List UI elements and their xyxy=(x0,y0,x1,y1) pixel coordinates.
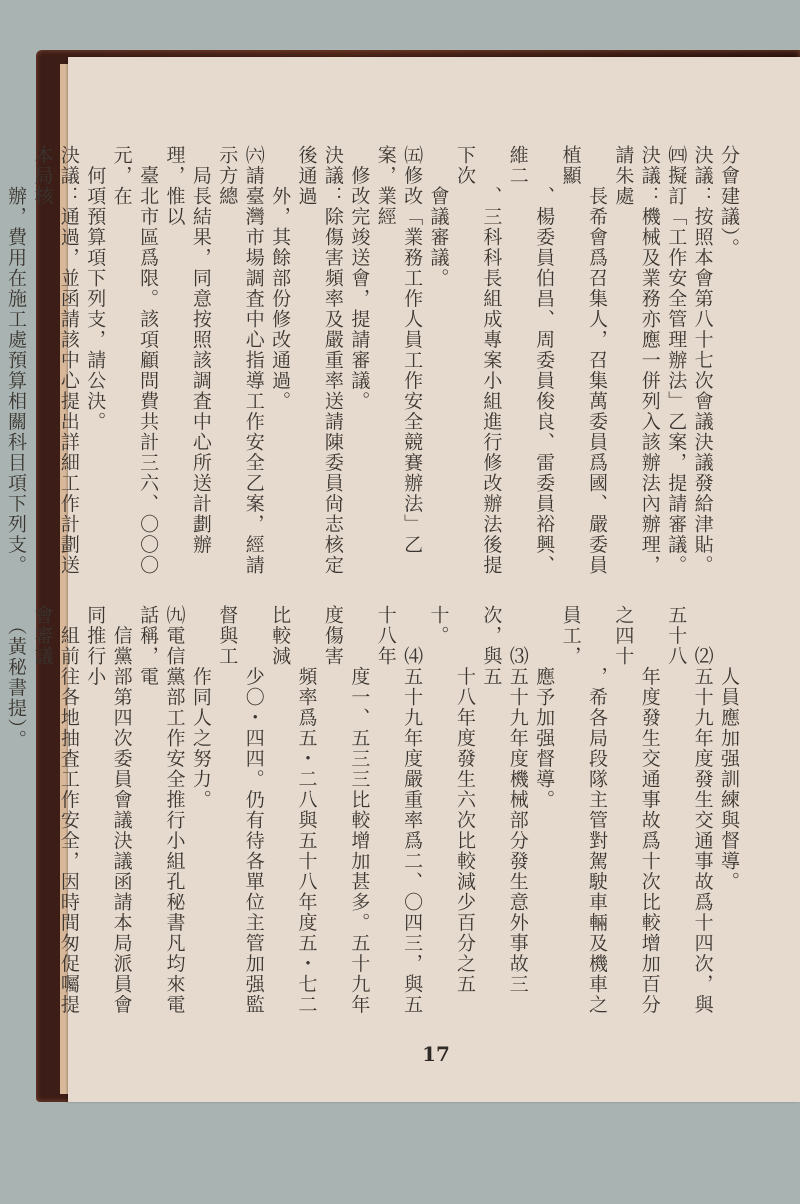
text-column: 、三科科長組成專案小組進行修改辦法後提下次 xyxy=(452,145,505,585)
text-column: 頻率爲五・二八與五十八年度五・七二比較減 xyxy=(267,605,320,1025)
text-column: ⑵五十九年度發生交通事故爲十四次，與五十八 xyxy=(663,605,716,1025)
text-column: 年度發生交通事故爲十次比較增加百分之四十 xyxy=(610,605,663,1025)
document-page: 分會建議）。決議：按照本會第八十七次會議決議發給津貼。㈣擬訂「工作安全管理辦法」… xyxy=(68,57,800,1102)
text-column: ，希各局段隊主管對駕駛車輛及機車之員工， xyxy=(557,605,610,1025)
text-column: ㈦五十九年度機械、線路工作安全競賽應如何核奬請公 xyxy=(0,145,3,585)
minutes-bottom-section: 人員應加强訓練與督導。 ⑵五十九年度發生交通事故爲十四次，與五十八 年度發生交通… xyxy=(0,605,742,1025)
text-column: 、楊委員伯昌、周委員俊良、雷委員裕興、維二 xyxy=(504,145,557,585)
text-column: ㈣擬訂「工作安全管理辦法」乙案，提請審議。 xyxy=(663,145,689,585)
text-column: 臺北市區爲限。該項顧問費共計三六、〇〇〇元，在 xyxy=(108,145,161,585)
text-column: 信黨部第四次委員會議決議函請本局派員會同推行小 xyxy=(82,605,135,1025)
text-column: 決議：機械及業務亦應一併列入該辦法內辦理，請朱處 xyxy=(610,145,663,585)
text-column: ⑷五十九年度嚴重率爲二、〇四三，與五十八年 xyxy=(372,605,425,1025)
text-column: 局長結果，同意按照該調査中心所送計劃辦理，惟以 xyxy=(161,145,214,585)
text-column: 外，其餘部份修改通過。 xyxy=(267,145,293,585)
text-column: 何項預算項下列支，請公決。 xyxy=(82,145,108,585)
text-column: 決議：按照本會第八十七次會議決議發給津貼。 xyxy=(689,145,715,585)
text-column: 決議：通過，並函請該中心提出詳細工作計劃送本局核 xyxy=(29,145,82,585)
text-column: 作同人之努力。 xyxy=(187,605,213,1025)
text-column: 會議審議。 xyxy=(425,145,451,585)
text-column: 少〇・四四。仍有待各單位主管加强監督與工 xyxy=(214,605,267,1025)
text-column: 修改完竣送會，提請審議。 xyxy=(346,145,372,585)
text-column: 決議：通過，俟電信黨部來函後再行派員會同辦理。 xyxy=(0,605,3,1025)
text-column: （黃秘書提）。 xyxy=(3,605,29,1025)
text-column: 組前往各地抽査工作安全，因時間匆促囑提會審議 xyxy=(29,605,82,1025)
text-column: ⑶五十九年度機械部分發生意外事故三次，與五 xyxy=(478,605,531,1025)
text-column: ㈥請臺灣市場調査中心指導工作安全乙案，經請示方總 xyxy=(214,145,267,585)
text-column: 人員應加强訓練與督導。 xyxy=(716,605,742,1025)
text-column: 長希會爲召集人，召集萬委員爲國、嚴委員植顯 xyxy=(557,145,610,585)
text-column: 度一、五三三比較增加甚多。五十九年度傷害 xyxy=(320,605,373,1025)
text-column: ㈨電信黨部工作安全推行小組孔秘書凡均來電話稱，電 xyxy=(135,605,188,1025)
text-column: 應予加强督導。 xyxy=(531,605,557,1025)
text-column: ㈤修改「業務工作人員工作安全競賽辦法」乙案，業經 xyxy=(372,145,425,585)
text-column: 分會建議）。 xyxy=(716,145,742,585)
text-column: 十八年度發生六次比較減少百分之五十。 xyxy=(425,605,478,1025)
text-column: 辦，費用在施工處預算相關科目項下列支。 xyxy=(3,145,29,585)
page-number: 17 xyxy=(416,1042,456,1066)
text-column: 決議：除傷害頻率及嚴重率送請陳委員尙志核定後通過 xyxy=(293,145,346,585)
minutes-top-section: 分會建議）。決議：按照本會第八十七次會議決議發給津貼。㈣擬訂「工作安全管理辦法」… xyxy=(0,145,742,585)
